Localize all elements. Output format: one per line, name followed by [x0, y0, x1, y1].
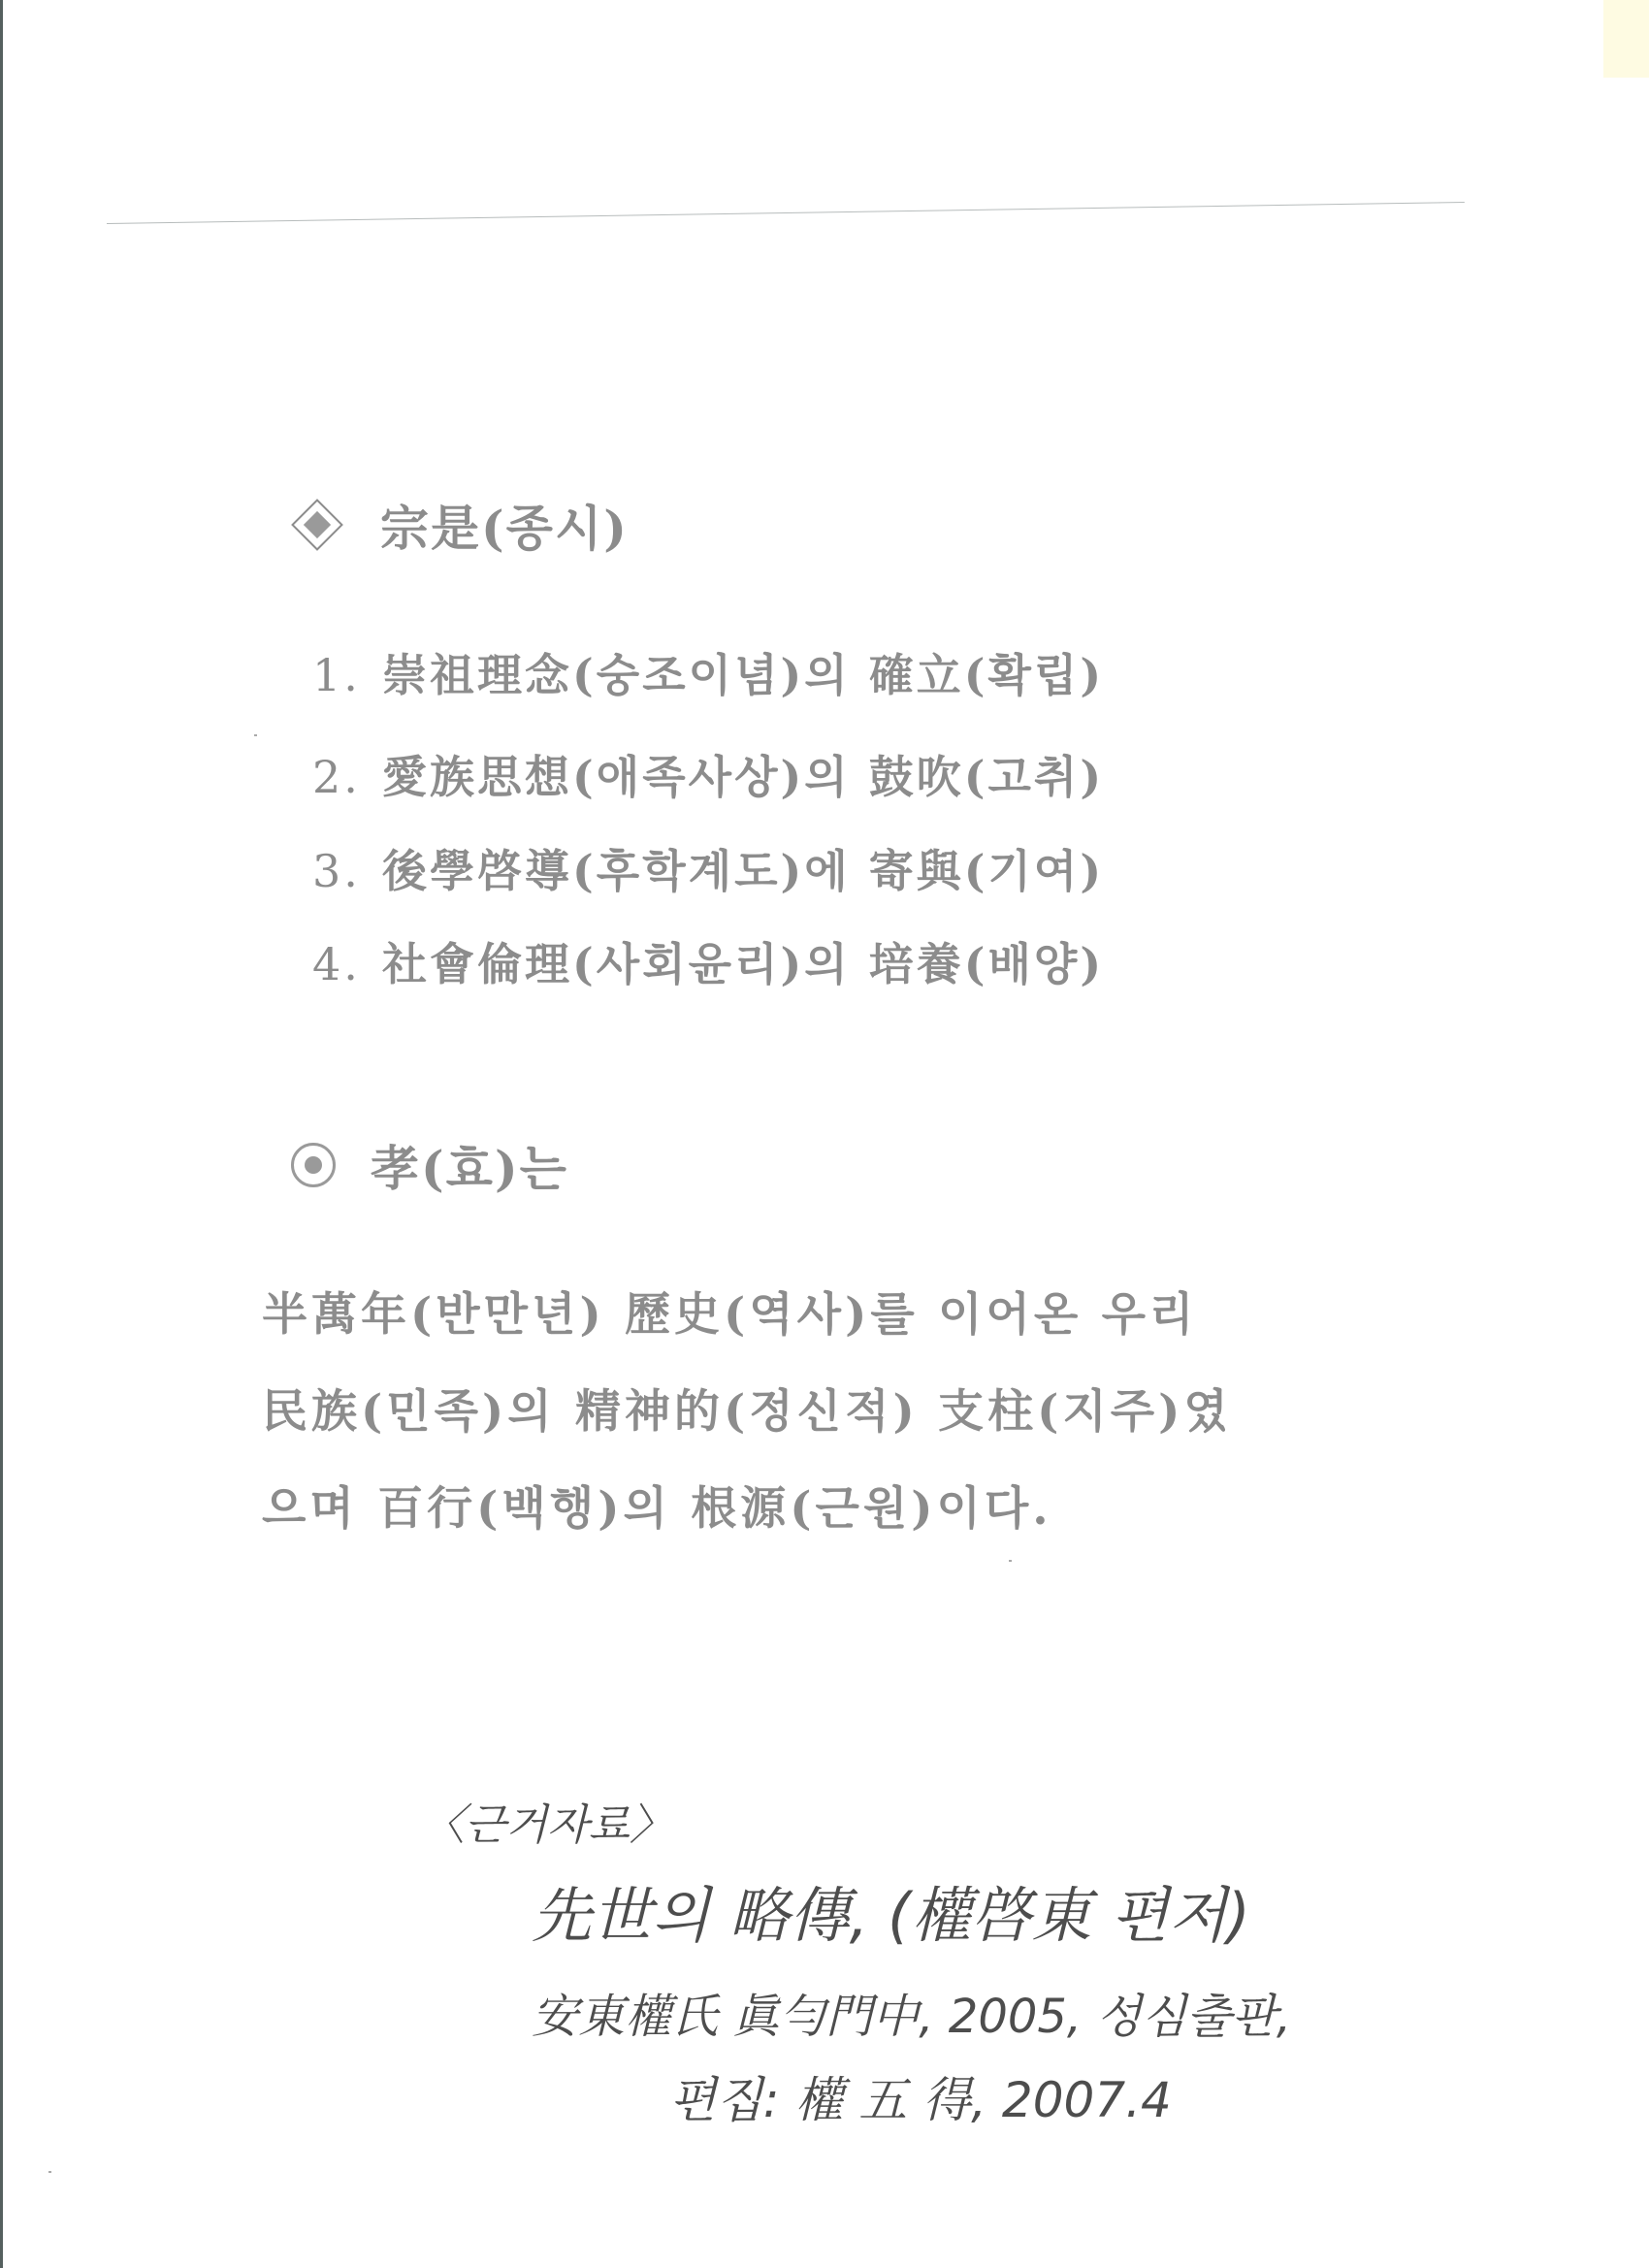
handwritten-source-label: 〈근거자료〉	[422, 1790, 672, 1852]
circled-dot-bullet-icon	[291, 1143, 336, 1187]
paragraph-line: 半萬年(반만년) 歷史(역사)를 이어온 우리	[262, 1279, 1197, 1344]
list-item: 3.後學啓導(후학계도)에 寄與(기여)	[312, 836, 1104, 900]
scan-speck	[254, 734, 257, 736]
section-heading-principles: 宗是(종시)	[289, 490, 629, 560]
list-number: 3.	[312, 845, 382, 897]
scan-edge	[0, 0, 3, 2268]
list-text: 後學啓導(후학계도)에 寄與(기여)	[382, 845, 1104, 897]
corner-strip	[1603, 0, 1649, 78]
list-text: 社會倫理(사회윤리)의 培養(배양)	[382, 938, 1104, 990]
list-number: 1.	[312, 649, 382, 701]
list-number: 2.	[312, 751, 382, 803]
list-item: 4.社會倫理(사회윤리)의 培養(배양)	[312, 929, 1104, 993]
list-item: 2.愛族思想(애족사상)의 鼓吹(고취)	[312, 742, 1104, 806]
list-item: 1.崇祖理念(숭조이념)의 確立(확립)	[312, 640, 1104, 704]
scan-speck	[48, 2171, 51, 2173]
section-title: 孝(효)는	[371, 1130, 568, 1200]
paragraph-line: 으며 百行(백행)의 根源(근원)이다.	[262, 1473, 1052, 1538]
list-number: 4.	[312, 938, 382, 990]
section-heading-filial-piety: 孝(효)는	[291, 1130, 568, 1200]
paragraph-line: 民族(민족)의 精神的(정신적) 支柱(지주)였	[262, 1376, 1232, 1441]
handwritten-source-publisher: 安東權氏 眞勻門中, 2005, 성심출판,	[532, 1979, 1291, 2046]
handwritten-editor-date: 편집: 權 五 得, 2007.4	[669, 2061, 1172, 2131]
top-divider	[107, 202, 1465, 224]
diamond-bullet-icon	[291, 499, 343, 551]
list-text: 愛族思想(애족사상)의 鼓吹(고취)	[382, 751, 1104, 803]
scan-speck	[1009, 1560, 1012, 1562]
list-text: 崇祖理念(숭조이념)의 確立(확립)	[382, 649, 1104, 701]
handwritten-source-title: 先世의 略傳, (權啓東 편저)	[532, 1867, 1250, 1954]
section-title: 宗是(종시)	[380, 490, 629, 560]
